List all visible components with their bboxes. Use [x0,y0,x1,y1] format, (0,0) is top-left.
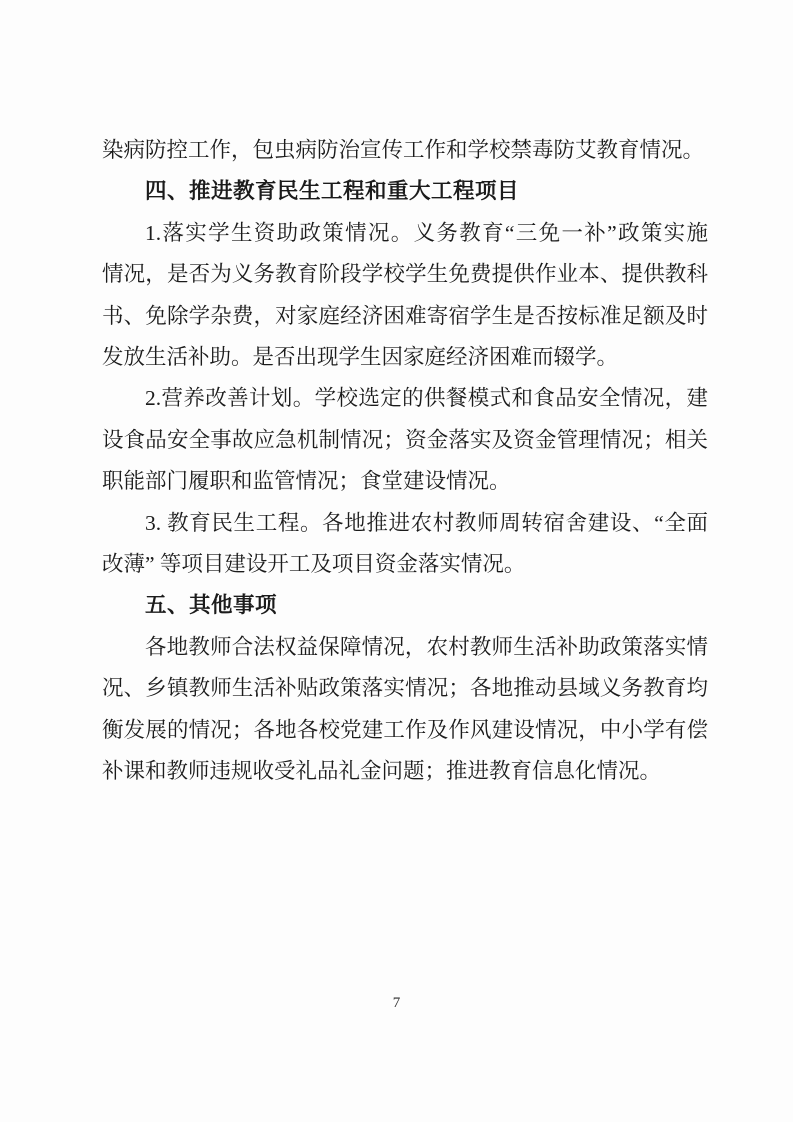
paragraph-line: 书、免除学杂费，对家庭经济困难寄宿学生是否按标准足额及时 [102,296,708,337]
paragraph-line: 各地教师合法权益保障情况，农村教师生活补助政策落实情 [102,627,708,668]
paragraph-line: 1.落实学生资助政策情况。义务教育“三免一补”政策实施 [102,213,708,254]
paragraph-line: 况、乡镇教师生活补贴政策落实情况；各地推动县域义务教育均 [102,668,708,709]
paragraph-line: 发放生活补助。是否出现学生因家庭经济困难而辍学。 [102,337,708,378]
paragraph-line: 情况，是否为义务教育阶段学校学生免费提供作业本、提供教科 [102,254,708,295]
paragraph-line: 3. 教育民生工程。各地推进农村教师周转宿舍建设、“全面 [102,503,708,544]
document-page: 染病防控工作，包虫病防治宣传工作和学校禁毒防艾教育情况。四、推进教育民生工程和重… [0,0,793,1122]
paragraph-line: 2.营养改善计划。学校选定的供餐模式和食品安全情况，建 [102,378,708,419]
paragraph-line: 染病防控工作，包虫病防治宣传工作和学校禁毒防艾教育情况。 [102,130,708,171]
paragraph-line: 职能部门履职和监管情况；食堂建设情况。 [102,461,708,502]
page-number: 7 [0,995,793,1012]
text-block: 染病防控工作，包虫病防治宣传工作和学校禁毒防艾教育情况。四、推进教育民生工程和重… [102,130,708,793]
section-heading-line: 五、其他事项 [102,585,708,626]
paragraph-line: 改薄” 等项目建设开工及项目资金落实情况。 [102,544,708,585]
paragraph-line: 衡发展的情况；各地各校党建工作及作风建设情况，中小学有偿 [102,710,708,751]
paragraph-line: 设食品安全事故应急机制情况；资金落实及资金管理情况；相关 [102,420,708,461]
section-heading-line: 四、推进教育民生工程和重大工程项目 [102,171,708,212]
paragraph-line: 补课和教师违规收受礼品礼金问题；推进教育信息化情况。 [102,751,708,792]
